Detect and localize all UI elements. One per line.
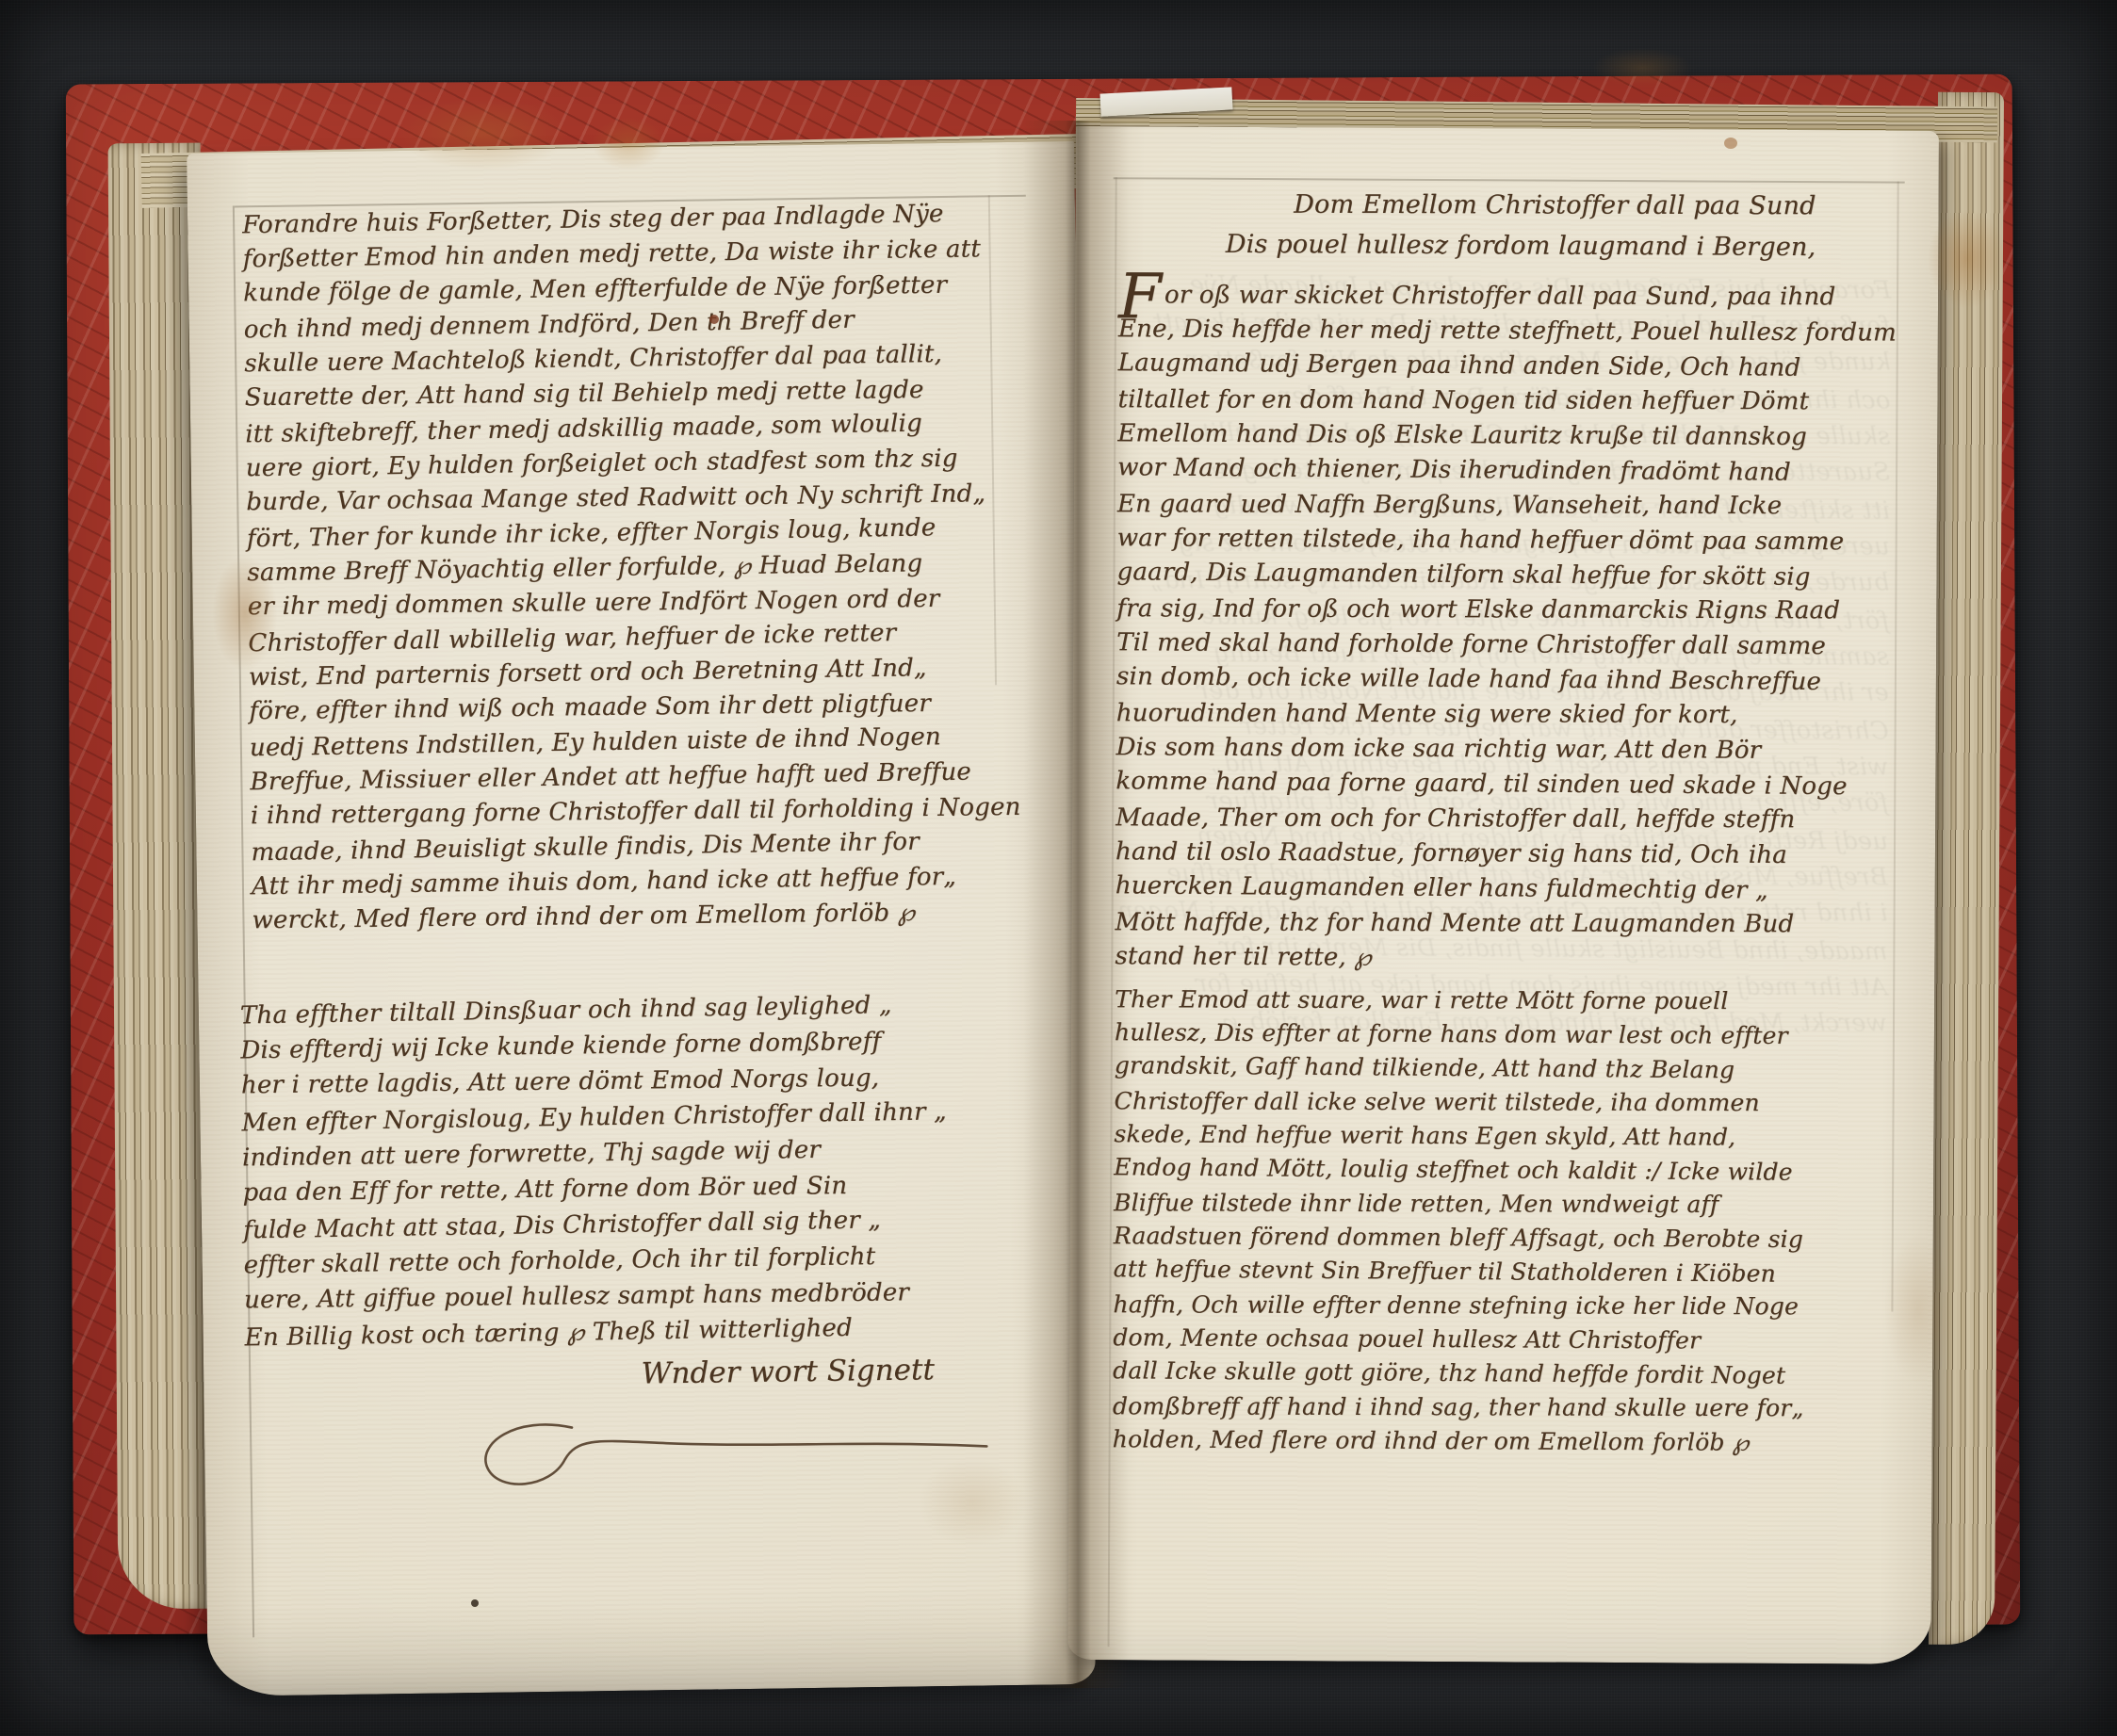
right-page-paragraph-1: For oß war skicket Christoffer dall paa …	[1115, 277, 1898, 978]
manuscript-line: Ene, Dis heffde her medj rette steffnett…	[1118, 312, 1898, 350]
manuscript-line: sin domb, och icke wille lade hand faa i…	[1116, 659, 1897, 700]
manuscript-line: Ther Emod att suare, war i rette Mött fo…	[1115, 982, 1895, 1018]
manuscript-line: dall Icke skulle gott giöre, thz hand he…	[1113, 1354, 1893, 1393]
manuscript-line: Laugmand udj Bergen paa ihnd anden Side,…	[1118, 346, 1898, 386]
manuscript-line: Endog hand Mött, loulig steffnet och kal…	[1114, 1150, 1894, 1190]
left-page-paragraph-1: Forandre huis Forßetter, Dis steg der pa…	[242, 197, 1025, 939]
manuscript-line: huercken Laugmanden eller hans fuldmecht…	[1115, 868, 1896, 909]
manuscript-line: hand til oslo Raadstue, fornøyer sig han…	[1115, 835, 1896, 873]
manuscript-line: stand her til rette, ℘	[1115, 939, 1895, 978]
manuscript-line-text: or oß war skicket Christoffer dall paa S…	[1164, 281, 1836, 311]
manuscript-line: Dis som hans dom icke saa richtig war, A…	[1115, 730, 1896, 769]
manuscript-line: Til med skal hand forholde forne Christo…	[1116, 625, 1897, 664]
manuscript-line: dom, Mente ochsaa pouel hullesz Att Chri…	[1113, 1321, 1893, 1358]
right-page-heading: Dom Emellom Christoffer dall paa SundDis…	[1162, 183, 1816, 268]
manuscript-line: For oß war skicket Christoffer dall paa …	[1118, 278, 1898, 315]
manuscript-line: att heffue stevnt Sin Breffuer til Stath…	[1114, 1252, 1894, 1291]
manuscript-line: wor Mand och thiener, Dis iherudinden fr…	[1117, 450, 1897, 491]
manuscript-line: Christoffer dall icke selve werit tilste…	[1115, 1084, 1895, 1120]
manuscript-line: hullesz, Dis effter at forne hans dom wa…	[1115, 1015, 1895, 1053]
manuscript-line: En gaard ued Naffn Bergßuns, Wanseheit, …	[1117, 487, 1897, 524]
manuscript-line: fra sig, Ind for oß och wort Elske danma…	[1116, 592, 1897, 628]
page-edge-stack-right	[1929, 92, 2004, 1645]
manuscript-line: Mött haffde, thz for hand Mente att Laug…	[1115, 905, 1896, 942]
ruled-margin-line	[1114, 177, 1905, 183]
manuscript-line: war for retten tilstede, iha hand heffue…	[1117, 521, 1897, 560]
manuscript-line: huorudinden hand Mente sig were skied fo…	[1116, 696, 1897, 733]
manuscript-line: grandskit, Gaff hand tilkiende, Att hand…	[1115, 1048, 1895, 1088]
manuscript-line: gaard, Dis Laugmanden tilforn skal heffu…	[1116, 555, 1897, 595]
manuscript-line: Maade, Ther om och for Christoffer dall,…	[1115, 801, 1896, 837]
signature-line: Wnder wort Signett	[580, 1352, 995, 1391]
right-page: Forandre huis Forßetter, Dis steg der pa…	[1067, 126, 1939, 1664]
left-page-paragraph-2: Tha effther tiltall Dinsßuar och ihnd sa…	[240, 986, 1027, 1355]
manuscript-line: holden, Med flere ord ihnd der om Emello…	[1113, 1422, 1893, 1460]
manuscript-line: Raadstuen förend dommen bleff Affsagt, o…	[1114, 1219, 1894, 1257]
manuscript-line: domßbreff aff hand i ihnd sag, ther hand…	[1113, 1389, 1893, 1425]
manuscript-line: komme hand paa forne gaard, til sinden u…	[1115, 764, 1896, 804]
manuscript-line: tiltallet for en dom hand Nogen tid side…	[1117, 382, 1897, 419]
left-page: Forandre huis Forßetter, Dis steg der pa…	[187, 141, 1096, 1696]
manuscript-line: Dom Emellom Christoffer dall paa Sund	[1163, 184, 1816, 226]
illuminated-initial: F	[1118, 260, 1162, 333]
right-page-paragraph-2: Ther Emod att suare, war i rette Mött fo…	[1113, 982, 1896, 1460]
manuscript-line: skede, End heffue werit hans Egen skyld,…	[1114, 1117, 1894, 1155]
signature-flourish	[459, 1391, 1044, 1503]
manuscript-line: Bliffue tilstede ihnr lide retten, Men w…	[1114, 1186, 1894, 1222]
manuscript-line: haffn, Och wille effter denne stefning i…	[1113, 1288, 1893, 1323]
manuscript-line: Dis pouel hullesz fordom laugmand i Berg…	[1162, 223, 1816, 268]
manuscript-line: Emellom hand Dis oß Elske Lauritz kruße …	[1117, 416, 1897, 455]
manuscript-photograph: Forandre huis Forßetter, Dis steg der pa…	[0, 0, 2117, 1736]
